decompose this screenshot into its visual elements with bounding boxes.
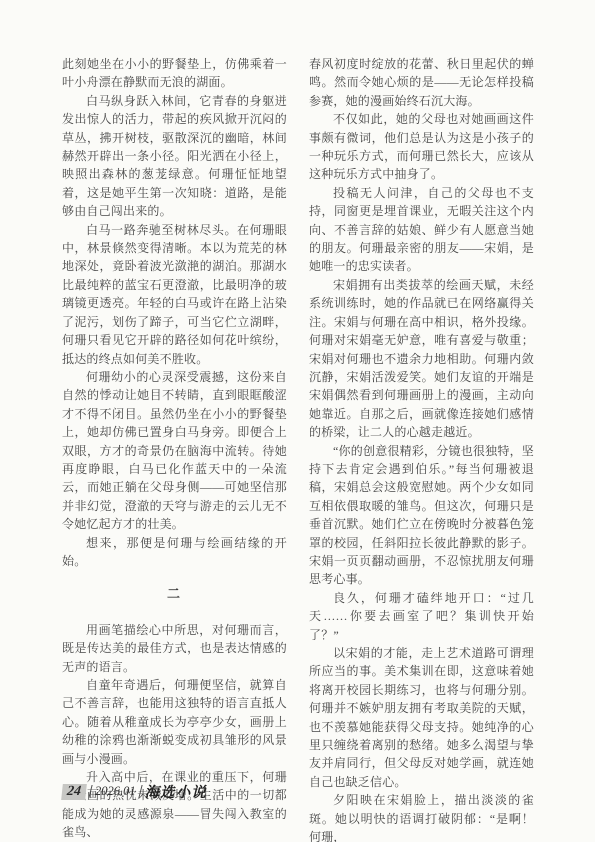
paragraph: “你的创意很精彩，分镜也很独特，坚持下去肯定会遇到伯乐。”每当何珊被退稿，宋娟总… bbox=[309, 442, 534, 589]
footer-divider bbox=[88, 785, 92, 798]
section-heading: 二 bbox=[62, 585, 287, 603]
paragraph: 春风初度时绽放的花蕾、秋日里起伏的蝉鸣。然而令她心烦的是——无论怎样投稿参赛，她… bbox=[309, 55, 534, 110]
paragraph: 以宋娟的才能，走上艺术道路可谓理所应当的事。美术集训在即，这意味着她将离开校园长… bbox=[309, 644, 534, 791]
text-columns: 此刻她坐在小小的野餐垫上，仿佛乘着一叶小舟漂在静默而无浪的湖面。 白马纵身跃入林… bbox=[62, 55, 534, 842]
paragraph: 夕阳映在宋娟脸上，描出淡淡的雀斑。她以明快的语调打破阴郁：“是啊！何珊， bbox=[309, 791, 534, 842]
paragraph: 良久，何珊才磕绊地开口：“过几天……你要去画室了吧？集训快开始了？” bbox=[309, 589, 534, 644]
magazine-page: 此刻她坐在小小的野餐垫上，仿佛乘着一叶小舟漂在静默而无浪的湖面。 白马纵身跃入林… bbox=[0, 0, 595, 842]
footer-divider bbox=[138, 785, 142, 798]
magazine-title: 海选小说 bbox=[145, 781, 207, 802]
paragraph: 升入高中后，在课业的重压下，何珊对绘画的热忱未减反增。生活中的一切都能成为她的灵… bbox=[62, 768, 287, 842]
paragraph: 何珊幼小的心灵深受震撼，这份来自自然的悸动让她目不转睛，直到眼眶酸涩才不得不闭目… bbox=[62, 368, 287, 534]
paragraph: 投稿无人问津，自己的父母也不支持，同窗更是埋首课业，无暇关注这个内向、不善言辞的… bbox=[309, 184, 534, 276]
paragraph: 白马一路奔驰至树林尽头。在何珊眼中，林景倏然变得清晰。本以为荒芜的林地深处，竟卧… bbox=[62, 221, 287, 368]
paragraph: 不仅如此，她的父母也对她画画这件事颇有微词，他们总是认为这是小孩子的一种玩乐方式… bbox=[309, 110, 534, 184]
right-column: 春风初度时绽放的花蕾、秋日里起伏的蝉鸣。然而令她心烦的是——无论怎样投稿参赛，她… bbox=[309, 55, 534, 842]
paragraph: 宋娟拥有出类拔萃的绘画天赋，未经系统训练时，她的作品就已在网络赢得关注。宋娟与何… bbox=[309, 276, 534, 442]
paragraph: 白马纵身跃入林间，它青春的身躯迸发出惊人的活力，带起的疾风掀开沉闷的草丛，拂开树… bbox=[62, 92, 287, 221]
paragraph: 想来，那便是何珊与绘画结缘的开始。 bbox=[62, 534, 287, 571]
issue-date: 2026.01 bbox=[95, 784, 136, 799]
page-number: 24 bbox=[61, 784, 87, 800]
paragraph: 此刻她坐在小小的野餐垫上，仿佛乘着一叶小舟漂在静默而无浪的湖面。 bbox=[62, 55, 287, 92]
paragraph: 自童年奇遇后，何珊便坚信，就算自己不善言辞，也能用这独特的语言直抵人心。随着从稚… bbox=[62, 676, 287, 768]
paragraph: 用画笔描绘心中所思，对何珊而言，既是传达美的最佳方式，也是表达情感的无声的语言。 bbox=[62, 621, 287, 676]
page-footer: 24 2026.01 海选小说 bbox=[62, 781, 207, 802]
left-column: 此刻她坐在小小的野餐垫上，仿佛乘着一叶小舟漂在静默而无浪的湖面。 白马纵身跃入林… bbox=[62, 55, 287, 842]
